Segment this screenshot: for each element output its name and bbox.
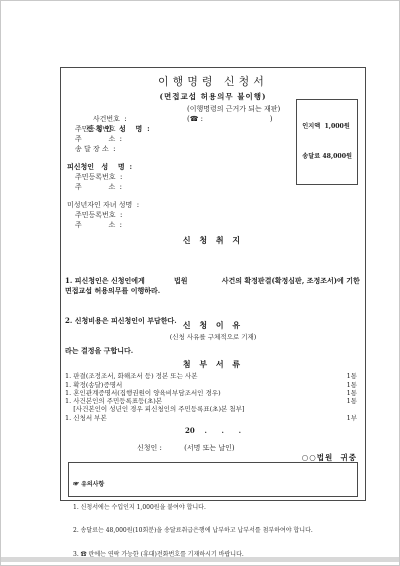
notice-item-1: 1. 신청서에는 수입인지 1,000원을 붙여야 합니다. [73, 504, 353, 512]
reason-note: (신청 사유를 구체적으로 기재) [61, 332, 365, 341]
attachment-item: 1. 판결(조정조서, 화해조서 등) 정본 또는 사본 1통 [65, 372, 361, 380]
respondent-rrn-row: 주민등록번호 : [61, 172, 365, 182]
attachment-count: 1통 [347, 389, 361, 397]
attachments-heading: 첨 부 서 류 [65, 360, 361, 368]
attachment-count: 1통 [347, 397, 361, 405]
attachment-label: [사건본인이 성년인 경우 피신청인의 주민등록표(초)본 첨부] [65, 405, 244, 413]
attachment-label: 1. 확정(송달)증명서 [65, 381, 122, 389]
attachment-count: 1통 [347, 381, 361, 389]
reason-heading: 신 청 이 유 [61, 320, 365, 331]
attachment-item: 1. 확정(송달)증명서 1통 [65, 381, 361, 389]
purpose-heading: 신 청 취 지 [61, 235, 365, 246]
case-number-row: 사건번호 : (이행명령의 근거가 되는 재판) [61, 104, 365, 114]
notice-item-2: 2. 송달료는 48,000원(10회분)을 송달료취급은행에 납부하고 납부서… [73, 527, 353, 535]
page-bottom-edge [1, 557, 399, 562]
child-name-row: 미성년자인 자녀 성명 : [61, 200, 365, 210]
respondent-address-row: 주 소 : [61, 182, 365, 192]
attachment-subnote: [사건본인이 성년인 경우 피신청인의 주민등록표(초)본 첨부] [65, 405, 361, 413]
page-title: 이행명령 신청서 [61, 73, 365, 89]
attachment-item: 1. 신청서 부본 1부 [65, 414, 361, 422]
purpose-line-3: 라는 결정을 구합니다. [65, 346, 361, 356]
signature-date: 20 . . . [61, 426, 365, 435]
purpose-line-1: 1. 피신청인은 신청인에게 법원 사건의 확정판결(확정심판, 조정조서)에 … [65, 276, 361, 296]
applicant-address-row: 주 소 : [61, 134, 365, 144]
applicant-signature-line: 신청인 : (서명 또는 날인) [137, 443, 235, 453]
attachment-label: 1. 판결(조정조서, 화해조서 등) 정본 또는 사본 [65, 372, 197, 380]
attachments-section: 첨 부 서 류 1. 판결(조정조서, 화해조서 등) 정본 또는 사본 1통 … [65, 360, 361, 422]
attachment-count [357, 405, 361, 413]
attachment-label: 1. 혼인관계증명서(집행권원이 양육비부담조서인 경우) [65, 389, 221, 397]
respondent-name-row: 피신청인 성 명 : [61, 162, 365, 172]
applicant-service-address-row: 송 달 장 소 : [61, 144, 365, 154]
attachment-count: 1통 [347, 372, 361, 380]
child-rrn-row: 주민등록번호 : [61, 210, 365, 220]
applicant-rrn-row: 주민등록번호 : [61, 124, 365, 134]
party-fields: 사건번호 : (이행명령의 근거가 되는 재판) 신 청 인 성 명 : (☎ … [61, 104, 365, 230]
notice-title: ☞ 유의사항 [73, 481, 353, 489]
attachment-label: 1. 신청서 부본 [65, 414, 107, 422]
attachment-item: 1. 혼인관계증명서(집행권원이 양육비부담조서인 경우) 1통 [65, 389, 361, 397]
document-page: 이행명령 신청서 (면접교섭 허용의무 불이행) 인지액 1,000원 송달료 … [0, 0, 400, 566]
purpose-body: 1. 피신청인은 신청인에게 법원 사건의 확정판결(확정심판, 조정조서)에 … [65, 256, 361, 376]
attachment-count: 1부 [347, 414, 361, 422]
form-border-box: 이행명령 신청서 (면접교섭 허용의무 불이행) 인지액 1,000원 송달료 … [60, 67, 366, 501]
applicant-name-row: 신 청 인 성 명 : (☎ : ) [61, 114, 365, 124]
phone-note: (☎ : ) [187, 114, 273, 124]
basis-judgment-note: (이행명령의 근거가 되는 재판) [187, 104, 280, 114]
notice-box: ☞ 유의사항 1. 신청서에는 수입인지 1,000원을 붙여야 합니다. 2.… [68, 462, 358, 497]
child-address-row: 주 소 : [61, 220, 365, 230]
